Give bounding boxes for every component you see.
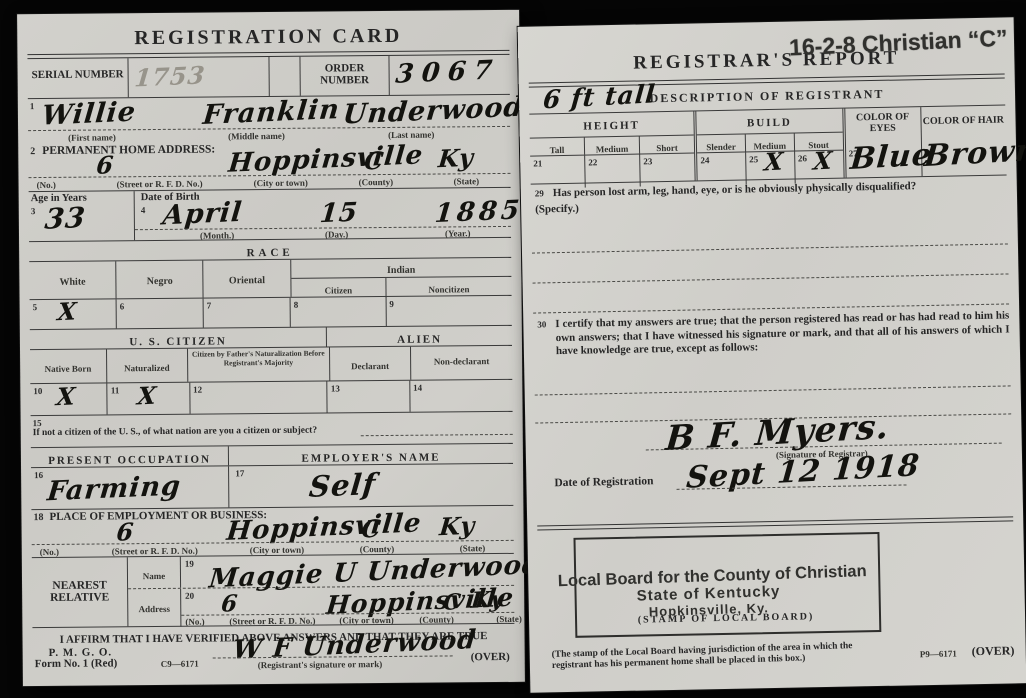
- naturalized-mark: X: [137, 386, 159, 407]
- employment-city-label: (City or town): [250, 545, 304, 555]
- stamp-note-text: (The stamp of the Local Board having jur…: [552, 640, 883, 672]
- build-stout-mark: X: [812, 150, 833, 171]
- age-dob-row: Age in Years 3 33 Date of Birth 4 April …: [29, 187, 511, 241]
- dob-item-number: 4: [141, 205, 146, 215]
- order-number-label: ORDER NUMBER: [301, 62, 389, 87]
- non-declarant-label: Non-declarant: [434, 356, 490, 366]
- height-short-label: Short: [656, 143, 678, 153]
- form-number-label: Form No. 1 (Red): [35, 657, 118, 670]
- citizen-value-row: 10 X 11 X 12 13 14: [30, 379, 512, 415]
- dob-year-value: 1885: [433, 195, 524, 229]
- right-print-code: P9—6171: [920, 649, 957, 660]
- declarant-label: Declarant: [351, 361, 389, 371]
- native-born-label: Native Born: [45, 364, 92, 374]
- right-over-label: (OVER): [972, 643, 1015, 659]
- height-note-value: 6 ft tall: [542, 79, 657, 114]
- address-county-label: (County): [359, 177, 394, 187]
- employment-number: 18: [33, 512, 43, 523]
- us-citizen-header: U. S. CITIZEN: [129, 335, 227, 348]
- race-white-number: 5: [33, 302, 38, 312]
- nation-fill-line: [361, 434, 513, 436]
- left-over-label: (OVER): [471, 651, 510, 663]
- hair-value: Brown: [922, 133, 1026, 174]
- employment-row: 18 PLACE OF EMPLOYMENT OR BUSINESS: 6 Ho…: [31, 505, 513, 557]
- height-tall-number: 21: [533, 158, 542, 168]
- q29-number: 29: [535, 188, 544, 198]
- nation-question-text: If not a citizen of the U. S., of what n…: [33, 426, 317, 438]
- build-slender-number: 24: [700, 155, 709, 165]
- home-address-label: PERMANENT HOME ADDRESS:: [42, 143, 215, 157]
- middle-name-label: (Middle name): [228, 131, 285, 141]
- description-table: HEIGHT Tall Medium Short 21 22 23 BUILD …: [529, 104, 1006, 183]
- eyes-value: Blue: [848, 137, 933, 177]
- build-medium-mark: X: [763, 151, 784, 172]
- relative-address-state: Ky: [470, 586, 505, 614]
- race-negro-number: 6: [120, 301, 125, 311]
- build-header: BUILD: [747, 117, 792, 130]
- native-born-number: 10: [33, 386, 42, 396]
- first-name-label: (First name): [68, 132, 116, 142]
- occupation-value: Farming: [46, 470, 183, 507]
- address-no-label: (No.): [37, 180, 56, 190]
- race-oriental-label: Oriental: [229, 275, 265, 286]
- height-medium-label: Medium: [596, 144, 629, 155]
- height-medium-number: 22: [588, 157, 597, 167]
- dob-month-value: April: [161, 197, 244, 232]
- q29-text: Has person lost arm, leg, hand, eye, or …: [553, 179, 1005, 200]
- employment-no-label: (No.): [40, 547, 59, 557]
- address-state-label: (State): [454, 176, 480, 186]
- race-value-row: 5 X 6 7 8 9: [30, 295, 512, 329]
- middle-name-value: Franklin: [202, 94, 342, 131]
- race-negro-label: Negro: [147, 276, 173, 287]
- height-header: HEIGHT: [583, 119, 640, 132]
- nearest-relative-block: NEAREST RELATIVE Name 19 Maggie U Underw…: [32, 553, 515, 627]
- build-medium-number: 25: [749, 154, 758, 164]
- home-address-row: 2 PERMANENT HOME ADDRESS: 6 Hoppinsville…: [28, 141, 510, 191]
- address-row-number: 2: [30, 146, 35, 157]
- race-header: RACE: [247, 247, 294, 259]
- nation-question-row: 15 If not a citizen of the U. S., of wha…: [31, 411, 513, 447]
- address-street-label: (Street or R. F. D. No.): [117, 179, 203, 190]
- build-stout-number: 26: [798, 153, 807, 163]
- nearest-relative-label: NEAREST RELATIVE: [32, 579, 127, 604]
- serial-number-label: SERIAL NUMBER: [32, 68, 124, 81]
- race-white-mark: X: [57, 301, 79, 322]
- name-row: 1 Willie Franklin Underwood (First name)…: [28, 95, 510, 145]
- registration-date-label: Date of Registration: [554, 475, 653, 489]
- name-row-number: 1: [30, 101, 35, 111]
- declarant-number: 13: [331, 383, 340, 393]
- race-citizen-label: Citizen: [325, 285, 353, 295]
- employer-value: Self: [308, 467, 378, 504]
- non-declarant-number: 14: [413, 383, 422, 393]
- employment-state-value: Ky: [438, 511, 477, 542]
- employer-number: 17: [235, 468, 244, 478]
- stamp-box-area: Local Board for the County of Christian …: [537, 521, 1015, 642]
- address-state-value: Ky: [437, 143, 476, 174]
- citizen-by-father-number: 12: [193, 385, 202, 395]
- q30-text: I certify that my answers are true; that…: [555, 309, 1010, 358]
- alien-header: ALIEN: [397, 334, 442, 346]
- right-footer-row: (The stamp of the Local Board having jur…: [539, 633, 1016, 692]
- height-tall-label: Tall: [550, 145, 565, 155]
- relative-name-number: 19: [185, 559, 194, 569]
- naturalized-number: 11: [111, 385, 120, 395]
- serial-number-value: 1753: [133, 60, 207, 92]
- nation-question-number: 15: [33, 418, 42, 428]
- employment-county-label: (County): [360, 544, 395, 554]
- race-indian-label: Indian: [387, 265, 415, 276]
- build-slender-label: Slender: [706, 142, 736, 153]
- dob-day-value: 15: [318, 197, 359, 229]
- occupation-number: 16: [34, 470, 43, 480]
- left-footer-row: P. M. G. O. Form No. 1 (Red) C9—6171 W F…: [33, 641, 515, 683]
- order-number-value: 3067: [394, 55, 501, 90]
- registrant-signature-label: (Registrant's signature or mark): [258, 659, 382, 670]
- relative-address-number: 20: [185, 591, 194, 601]
- citizen-by-father-label: Citizen by Father's Naturalization Befor…: [191, 350, 326, 368]
- age-value: 33: [43, 201, 87, 236]
- left-print-code: C9—6171: [161, 659, 199, 669]
- registrars-report-card: REGISTRAR'S REPORT 16-2-8 Christian “C” …: [518, 17, 1026, 692]
- native-born-mark: X: [55, 386, 77, 407]
- age-item-number: 3: [31, 206, 36, 216]
- last-name-label: (Last name): [388, 130, 434, 140]
- height-short-number: 23: [643, 156, 652, 166]
- q30-row: 30 I certify that my answers are true; t…: [533, 304, 1010, 369]
- relative-address-label: Address: [139, 604, 170, 614]
- color-of-eyes-header: COLOR OF EYES: [845, 111, 920, 134]
- card-title-row: REGISTRATION CARD: [27, 24, 509, 54]
- employment-county-value: C: [360, 514, 383, 544]
- address-city-label: (City or town): [254, 178, 308, 188]
- occupation-value-row: 16 Farming 17 Self: [31, 463, 513, 509]
- registration-card-title: REGISTRATION CARD: [134, 25, 402, 49]
- registration-card: REGISTRATION CARD SERIAL NUMBER 1753 ORD…: [17, 10, 525, 686]
- last-name-value: Underwood: [342, 92, 525, 131]
- q30-number: 30: [537, 319, 546, 329]
- color-of-hair-header: COLOR OF HAIR: [923, 115, 1005, 128]
- race-label-row: White Negro Oriental Indian Citizen Nonc…: [29, 257, 511, 299]
- q29-specify-label: (Specify.): [535, 203, 579, 216]
- naturalized-label: Naturalized: [124, 363, 170, 373]
- scanned-draft-cards: { "colors": { "background": "#050505", "…: [0, 0, 1026, 698]
- race-citizen-number: 8: [294, 300, 299, 310]
- address-county-value: C: [363, 146, 386, 176]
- report-header-row: REGISTRAR'S REPORT 16-2-8 Christian “C”: [528, 29, 1005, 82]
- serial-order-row: SERIAL NUMBER 1753 ORDER NUMBER 3067: [27, 55, 509, 99]
- relative-name-label: Name: [143, 571, 166, 581]
- race-white-label: White: [59, 277, 85, 288]
- first-name-value: Willie: [40, 96, 137, 131]
- race-noncitizen-label: Noncitizen: [428, 284, 469, 294]
- citizen-label-row: Native Born Naturalized Citizen by Fathe…: [30, 345, 512, 383]
- race-oriental-number: 7: [207, 301, 212, 311]
- race-noncitizen-number: 9: [389, 299, 394, 309]
